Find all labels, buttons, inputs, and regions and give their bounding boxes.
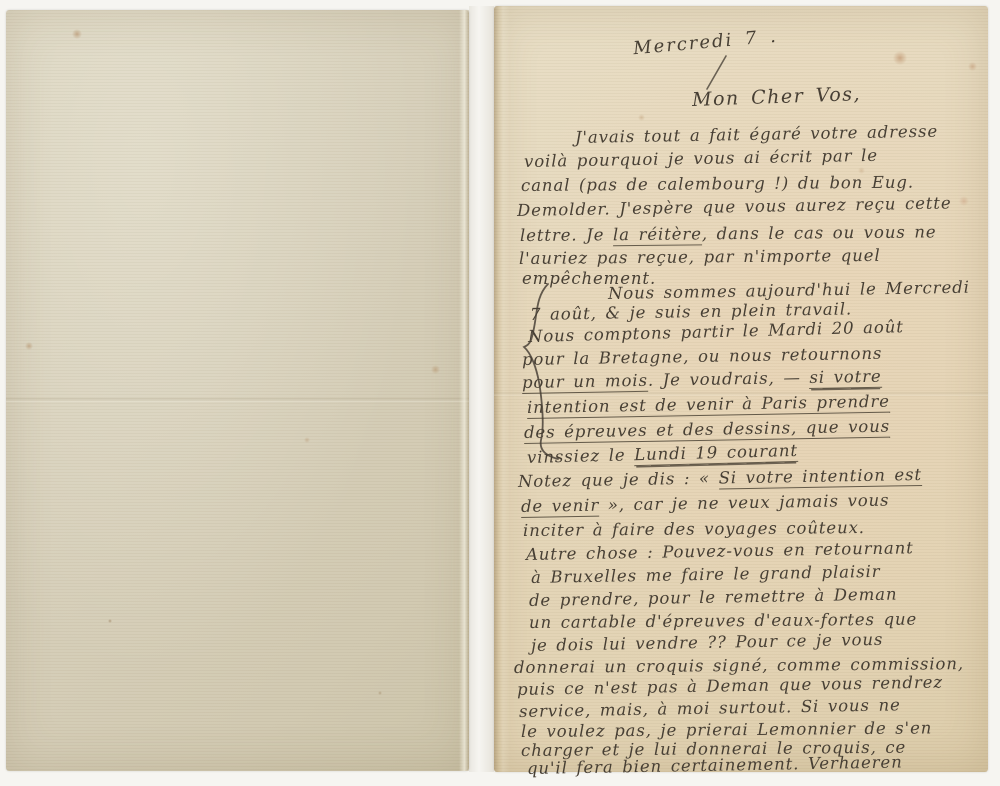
letter-line-6: l'auriez pas reçue, par n'importe quel <box>519 246 881 268</box>
text-segment: l'auriez pas reçue, par n'importe quel <box>519 246 881 268</box>
text-segment: la réitère <box>613 224 702 246</box>
paper-texture <box>6 10 469 771</box>
text-segment: Si votre intention est <box>718 465 922 490</box>
letter-line-18: inciter à faire des voyages coûteux. <box>523 518 865 540</box>
text-segment: si votre <box>809 367 882 389</box>
signature: Verhaeren <box>808 752 903 773</box>
text-segment: de venir <box>521 496 600 518</box>
text-segment: Notez que je dis : « <box>518 469 719 491</box>
text-segment: pour un mois <box>522 371 648 394</box>
letter-line-3: canal (pas de calembourg !) du bon Eug. <box>521 173 914 195</box>
letter-scan: Mercredi 7 . Mon Cher Vos, J'avais tout … <box>0 0 1000 786</box>
center-fold <box>469 6 494 772</box>
text-segment: inciter à faire des voyages coûteux. <box>523 518 865 540</box>
text-segment: canal (pas de calembourg !) du bon Eug. <box>521 173 914 195</box>
fold-crease <box>6 398 469 402</box>
text-segment: qu'il fera bien certainement. <box>527 754 808 778</box>
left-page-blank <box>6 10 469 771</box>
text-segment: . Je voudrais, — <box>648 368 810 390</box>
text-segment: , dans le cas ou vous ne <box>702 222 937 243</box>
text-segment: vinssiez le <box>527 445 635 467</box>
text-segment: un cartable d'épreuves d'eaux-fortes que <box>529 610 917 632</box>
letter-line-22: un cartable d'épreuves d'eaux-fortes que <box>529 610 917 632</box>
text-segment: lettre. Je <box>520 225 613 245</box>
text-segment: Lundi 19 courant <box>634 441 798 466</box>
letter-line-5: lettre. Je la réitère, dans le cas ou vo… <box>520 222 937 245</box>
